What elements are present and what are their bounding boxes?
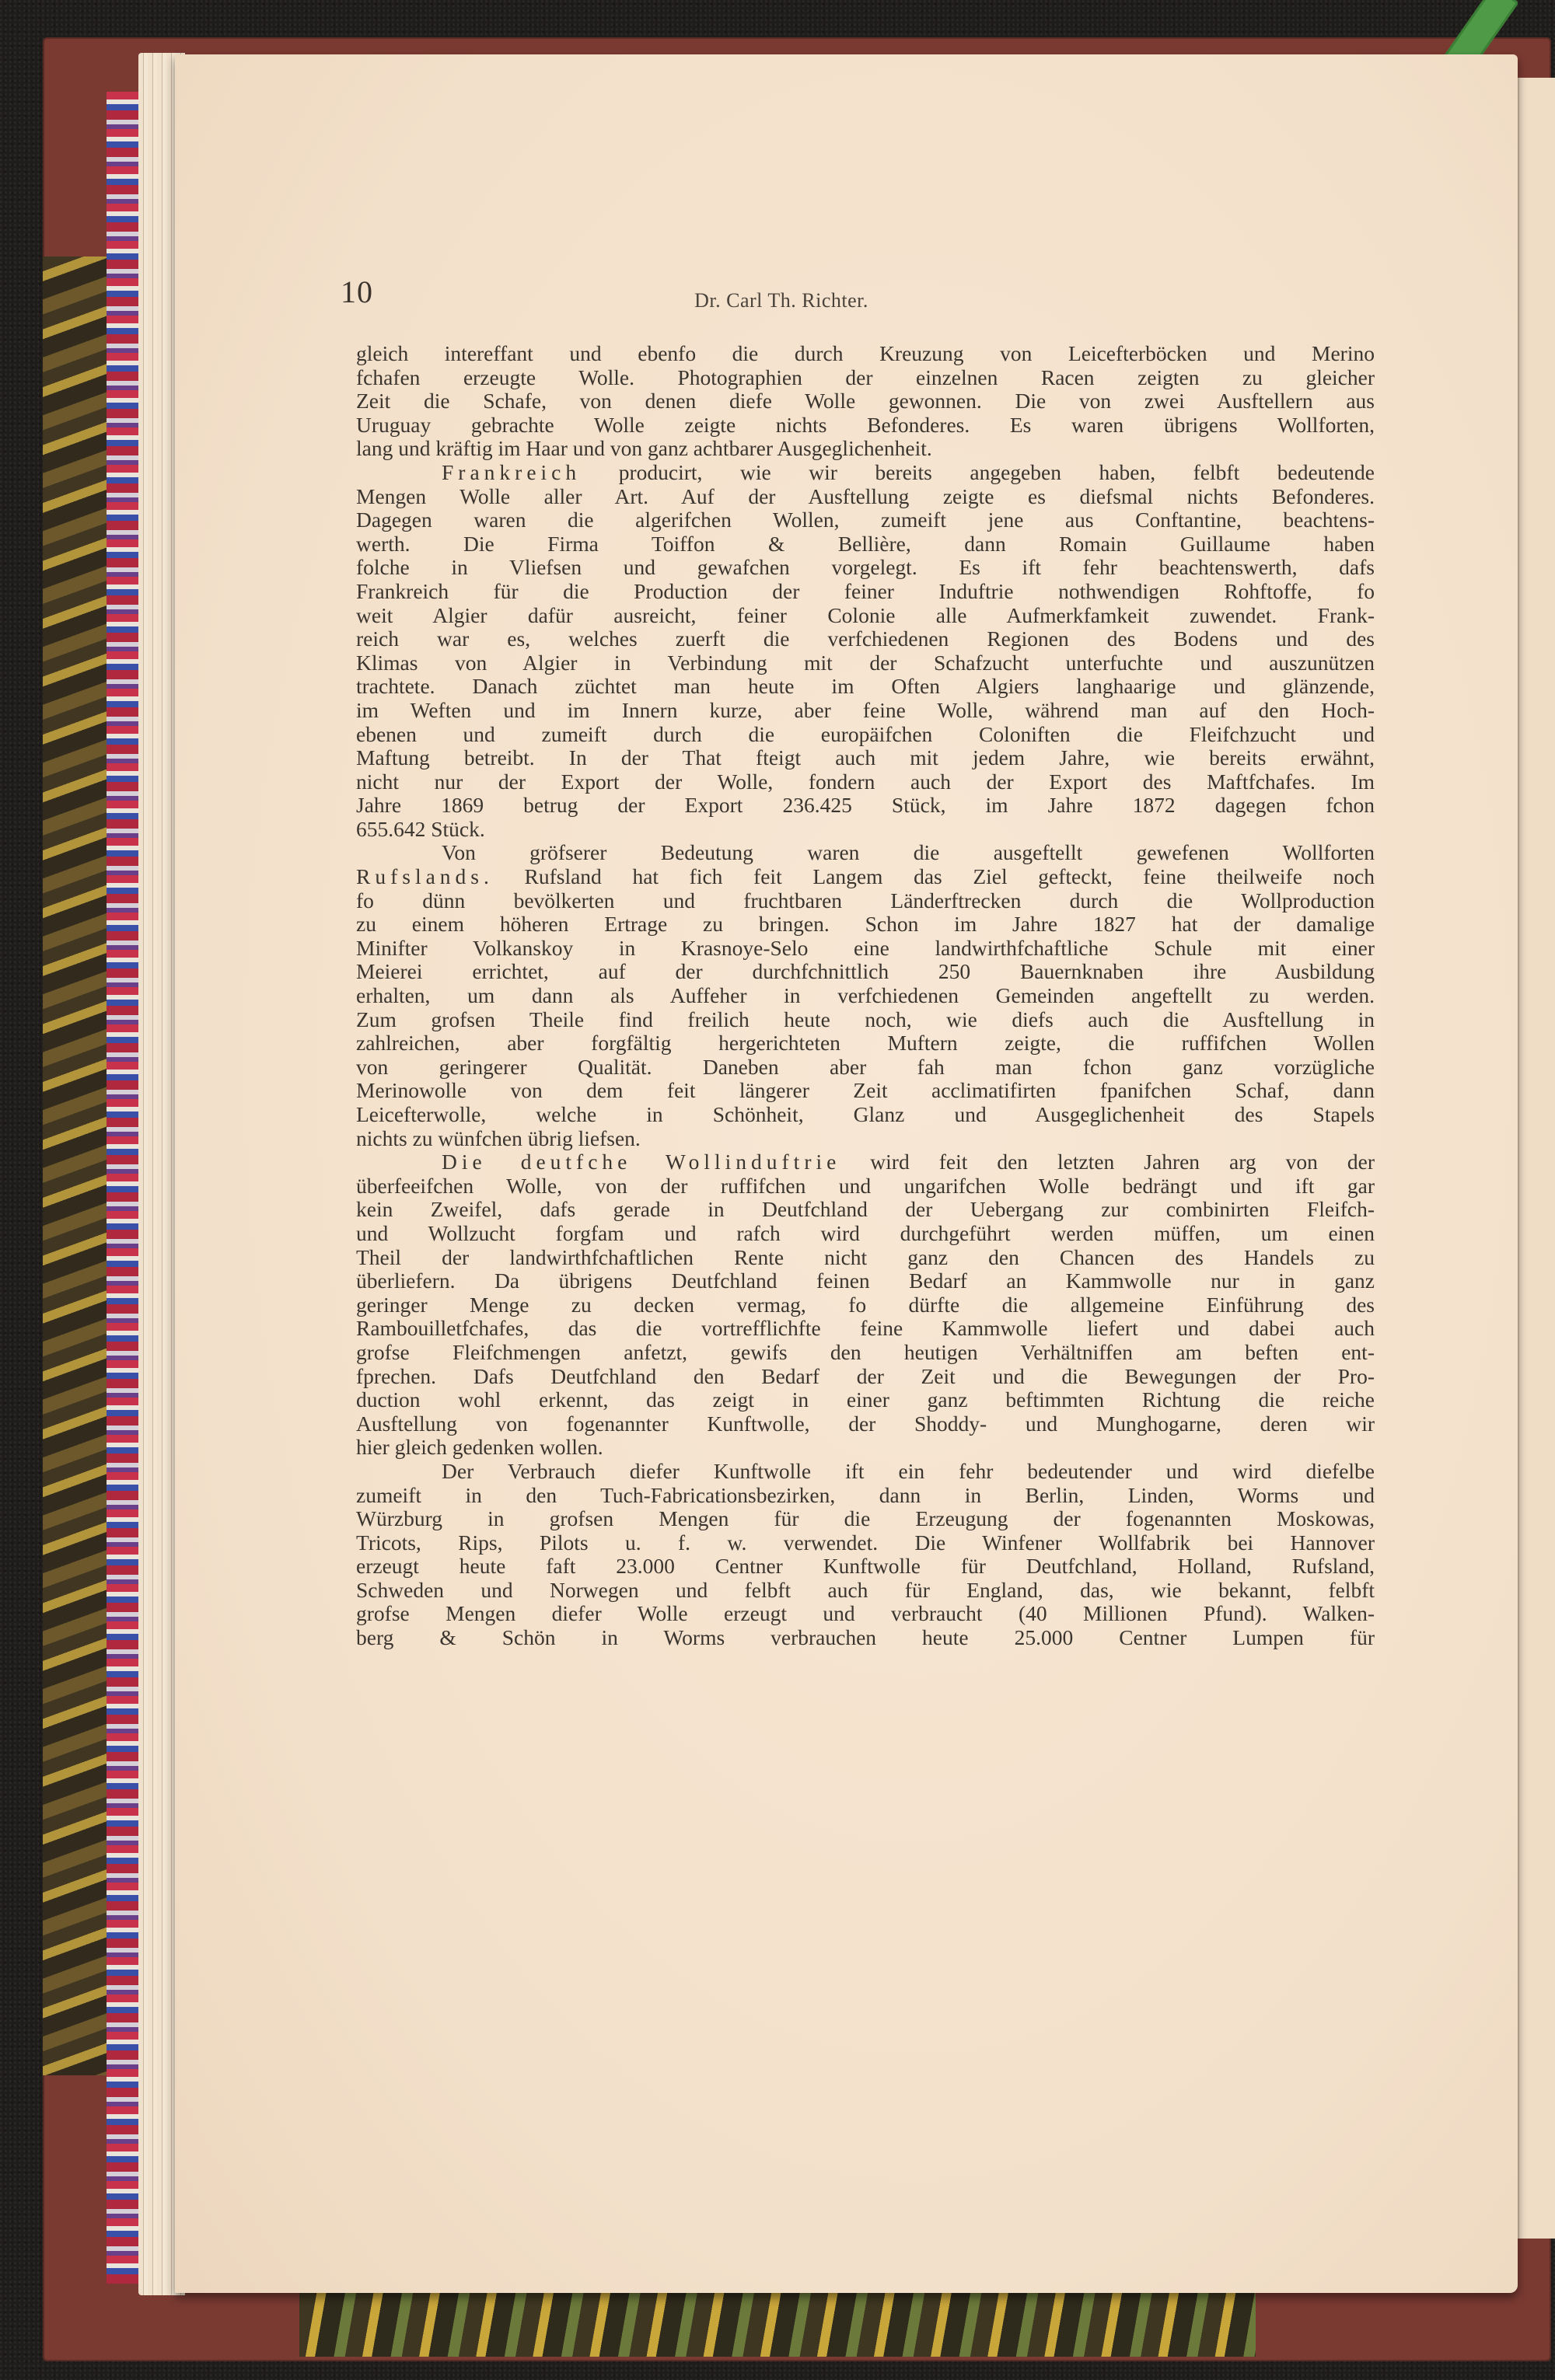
cover-marbled-paper-bottom	[299, 2293, 1256, 2357]
line-text: zu einem höheren Ertrage zu bringen. Sch…	[356, 912, 1375, 936]
spaced-emphasis: Rufslands.	[356, 864, 494, 888]
line-text: 655.642 Stück.	[356, 817, 485, 841]
text-line: Würzburg in grofsen Mengen für die Erzeu…	[356, 1507, 1375, 1531]
text-line: von geringerer Qualität. Daneben aber fa…	[356, 1056, 1375, 1080]
line-text: Schweden und Norwegen und felbft auch fü…	[356, 1578, 1375, 1602]
cover-marbled-paper-left	[43, 256, 107, 2075]
line-text: fchafen erzeugte Wolle. Photographien de…	[356, 365, 1375, 389]
text-line: folche in Vliefsen und gewafchen vorgele…	[356, 556, 1375, 580]
line-text: Der Verbrauch diefer Kunftwolle ift ein …	[442, 1459, 1375, 1483]
line-text: Rambouilletfchafes, das die vortrefflich…	[356, 1316, 1375, 1340]
text-line: Merinowolle von dem feit längerer Zeit a…	[356, 1079, 1375, 1103]
spaced-emphasis: Frankreich	[442, 460, 581, 484]
text-line: Zeit die Schafe, von denen diefe Wolle g…	[356, 389, 1375, 414]
line-text: hier gleich gedenken wollen.	[356, 1435, 603, 1459]
line-text: werth. Die Firma Toiffon & Bellière, dan…	[356, 532, 1375, 556]
line-text: Uruguay gebrachte Wolle zeigte nichts Be…	[356, 413, 1375, 437]
text-line: berg & Schön in Worms verbrauchen heute …	[356, 1626, 1375, 1650]
text-line: Schweden und Norwegen und felbft auch fü…	[356, 1579, 1375, 1603]
text-line: zahlreichen, aber forgfältig hergerichte…	[356, 1031, 1375, 1056]
line-text: Zum grofsen Theile find freilich heute n…	[356, 1007, 1375, 1031]
text-line: hier gleich gedenken wollen.	[356, 1436, 1375, 1460]
text-line: erhalten, um dann als Auffeher in verfch…	[356, 984, 1375, 1008]
line-text: kein Zweifel, dafs gerade in Deutfchland…	[356, 1197, 1375, 1221]
body-text: gleich intereffant und ebenfo die durch …	[356, 342, 1375, 1650]
text-line: weit Algier dafür ausreicht, feiner Colo…	[356, 604, 1375, 628]
text-line: Von gröfserer Bedeutung waren die ausgef…	[356, 841, 1375, 865]
text-line: Ausftellung von fogenannter Kunftwolle, …	[356, 1412, 1375, 1436]
text-line: Mengen Wolle aller Art. Auf der Ausftell…	[356, 485, 1375, 509]
line-text: und Wollzucht forgfam und rafch wird dur…	[356, 1221, 1375, 1245]
line-text: Leicefterwolle, welche in Schönheit, Gla…	[356, 1102, 1375, 1126]
line-text: reich war es, welches zuerft die verfchi…	[356, 626, 1375, 651]
text-line: Die deutfche Wollinduftrie wird feit den…	[356, 1150, 1375, 1174]
line-text: zumeift in den Tuch-Fabricationsbezirken…	[356, 1483, 1375, 1507]
line-text: duction wohl erkennt, das zeigt in einer…	[356, 1387, 1375, 1412]
line-text: zahlreichen, aber forgfältig hergerichte…	[356, 1031, 1375, 1055]
line-text: ebenen und zumeift durch die europäifche…	[356, 722, 1375, 746]
text-line: Theil der landwirthfchaftlichen Rente ni…	[356, 1246, 1375, 1270]
line-text: Merinowolle von dem feit längerer Zeit a…	[356, 1078, 1375, 1102]
line-text: berg & Schön in Worms verbrauchen heute …	[356, 1625, 1375, 1649]
text-line: lang und kräftig im Haar und von ganz ac…	[356, 437, 1375, 461]
line-text: Von gröfserer Bedeutung waren die ausgef…	[442, 840, 1375, 864]
text-line: Tricots, Rips, Pilots u. f. w. verwendet…	[356, 1531, 1375, 1555]
text-line: Frankreich für die Production der feiner…	[356, 580, 1375, 604]
text-line: Frankreich producirt, wie wir bereits an…	[356, 461, 1375, 485]
line-text: wird feit den letzten Jahren arg von der	[840, 1150, 1375, 1174]
text-line: Dagegen waren die algerifchen Wollen, zu…	[356, 508, 1375, 532]
running-head: Dr. Carl Th. Richter.	[653, 289, 910, 312]
page-number: 10	[341, 274, 373, 310]
text-line: nichts zu wünfchen übrig liefsen.	[356, 1127, 1375, 1151]
text-line: Uruguay gebrachte Wolle zeigte nichts Be…	[356, 414, 1375, 438]
line-text: Rufsland hat fich feit Langem das Ziel g…	[494, 864, 1375, 888]
text-line: trachtete. Danach züchtet man heute im O…	[356, 675, 1375, 699]
text-line: Zum grofsen Theile find freilich heute n…	[356, 1008, 1375, 1032]
text-line: Klimas von Algier in Verbindung mit der …	[356, 651, 1375, 675]
text-line: Der Verbrauch diefer Kunftwolle ift ein …	[356, 1460, 1375, 1484]
text-line: duction wohl erkennt, das zeigt in einer…	[356, 1388, 1375, 1412]
text-line: und Wollzucht forgfam und rafch wird dur…	[356, 1222, 1375, 1246]
line-text: Klimas von Algier in Verbindung mit der …	[356, 651, 1375, 675]
line-text: gleich intereffant und ebenfo die durch …	[356, 341, 1375, 365]
line-text: überfeeifchen Wolle, von der ruffifchen …	[356, 1174, 1375, 1198]
line-text: Würzburg in grofsen Mengen für die Erzeu…	[356, 1506, 1375, 1530]
line-text: trachtete. Danach züchtet man heute im O…	[356, 674, 1375, 698]
text-line: Rufslands. Rufsland hat fich feit Langem…	[356, 865, 1375, 889]
text-line: Leicefterwolle, welche in Schönheit, Gla…	[356, 1103, 1375, 1127]
text-line: reich war es, welches zuerft die verfchi…	[356, 627, 1375, 651]
line-text: Jahre 1869 betrug der Export 236.425 Stü…	[356, 793, 1375, 817]
text-line: gleich intereffant und ebenfo die durch …	[356, 342, 1375, 366]
line-text: folche in Vliefsen und gewafchen vorgele…	[356, 555, 1375, 579]
text-line: geringer Menge zu decken vermag, fo dürf…	[356, 1293, 1375, 1317]
line-text: grofse Mengen diefer Wolle erzeugt und v…	[356, 1601, 1375, 1625]
line-text: lang und kräftig im Haar und von ganz ac…	[356, 436, 932, 460]
line-text: erhalten, um dann als Auffeher in verfch…	[356, 983, 1375, 1007]
line-text: Ausftellung von fogenannter Kunftwolle, …	[356, 1412, 1375, 1436]
text-line: kein Zweifel, dafs gerade in Deutfchland…	[356, 1198, 1375, 1222]
text-line: 655.642 Stück.	[356, 818, 1375, 842]
text-line: fchafen erzeugte Wolle. Photographien de…	[356, 366, 1375, 390]
line-text: fprechen. Dafs Deutfchland den Bedarf de…	[356, 1364, 1375, 1388]
text-line: überfeeifchen Wolle, von der ruffifchen …	[356, 1174, 1375, 1199]
line-text: geringer Menge zu decken vermag, fo dürf…	[356, 1293, 1375, 1317]
line-text: nicht nur der Export der Wolle, fondern …	[356, 769, 1375, 794]
text-line: fprechen. Dafs Deutfchland den Bedarf de…	[356, 1365, 1375, 1389]
line-text: weit Algier dafür ausreicht, feiner Colo…	[356, 603, 1375, 627]
line-text: grofse Fleifchmengen anfetzt, gewifs den…	[356, 1340, 1375, 1364]
line-text: Frankreich für die Production der feiner…	[356, 579, 1375, 603]
line-text: nichts zu wünfchen übrig liefsen.	[356, 1126, 641, 1150]
text-line: Rambouilletfchafes, das die vortrefflich…	[356, 1317, 1375, 1341]
line-text: Theil der landwirthfchaftlichen Rente ni…	[356, 1245, 1375, 1269]
text-line: im Weften und im Innern kurze, aber fein…	[356, 699, 1375, 723]
line-text: erzeugt heute faft 23.000 Centner Kunftw…	[356, 1554, 1375, 1578]
facing-page-edge	[1518, 78, 1555, 2239]
text-line: zumeift in den Tuch-Fabricationsbezirken…	[356, 1484, 1375, 1508]
text-line: ebenen und zumeift durch die europäifche…	[356, 723, 1375, 747]
text-line: Minifter Volkanskoy in Krasnoye-Selo ein…	[356, 937, 1375, 961]
text-line: erzeugt heute faft 23.000 Centner Kunftw…	[356, 1555, 1375, 1579]
line-text: Tricots, Rips, Pilots u. f. w. verwendet…	[356, 1530, 1375, 1555]
spaced-emphasis: Die deutfche Wollinduftrie	[442, 1150, 840, 1174]
text-line: zu einem höheren Ertrage zu bringen. Sch…	[356, 913, 1375, 937]
line-text: Maftung betreibt. In der That fteigt auc…	[356, 745, 1375, 769]
line-text: fo dünn bevölkerten und fruchtbaren Länd…	[356, 888, 1375, 913]
line-text: Meierei errichtet, auf der durchfchnittl…	[356, 959, 1375, 983]
line-text: im Weften und im Innern kurze, aber fein…	[356, 698, 1375, 722]
line-text: producirt, wie wir bereits angegeben hab…	[581, 460, 1375, 484]
text-line: Maftung betreibt. In der That fteigt auc…	[356, 746, 1375, 770]
text-line: fo dünn bevölkerten und fruchtbaren Länd…	[356, 889, 1375, 913]
text-line: Meierei errichtet, auf der durchfchnittl…	[356, 960, 1375, 984]
text-line: grofse Mengen diefer Wolle erzeugt und v…	[356, 1602, 1375, 1626]
line-text: Dagegen waren die algerifchen Wollen, zu…	[356, 508, 1375, 532]
marbled-page-edge	[107, 92, 139, 2284]
text-line: grofse Fleifchmengen anfetzt, gewifs den…	[356, 1341, 1375, 1365]
line-text: Minifter Volkanskoy in Krasnoye-Selo ein…	[356, 936, 1375, 960]
line-text: Mengen Wolle aller Art. Auf der Ausftell…	[356, 484, 1375, 508]
text-line: werth. Die Firma Toiffon & Bellière, dan…	[356, 532, 1375, 557]
text-line: überliefern. Da übrigens Deutfchland fei…	[356, 1269, 1375, 1293]
line-text: überliefern. Da übrigens Deutfchland fei…	[356, 1269, 1375, 1293]
text-line: nicht nur der Export der Wolle, fondern …	[356, 770, 1375, 794]
text-line: Jahre 1869 betrug der Export 236.425 Stü…	[356, 794, 1375, 818]
line-text: Zeit die Schafe, von denen diefe Wolle g…	[356, 389, 1375, 413]
line-text: von geringerer Qualität. Daneben aber fa…	[356, 1055, 1375, 1079]
